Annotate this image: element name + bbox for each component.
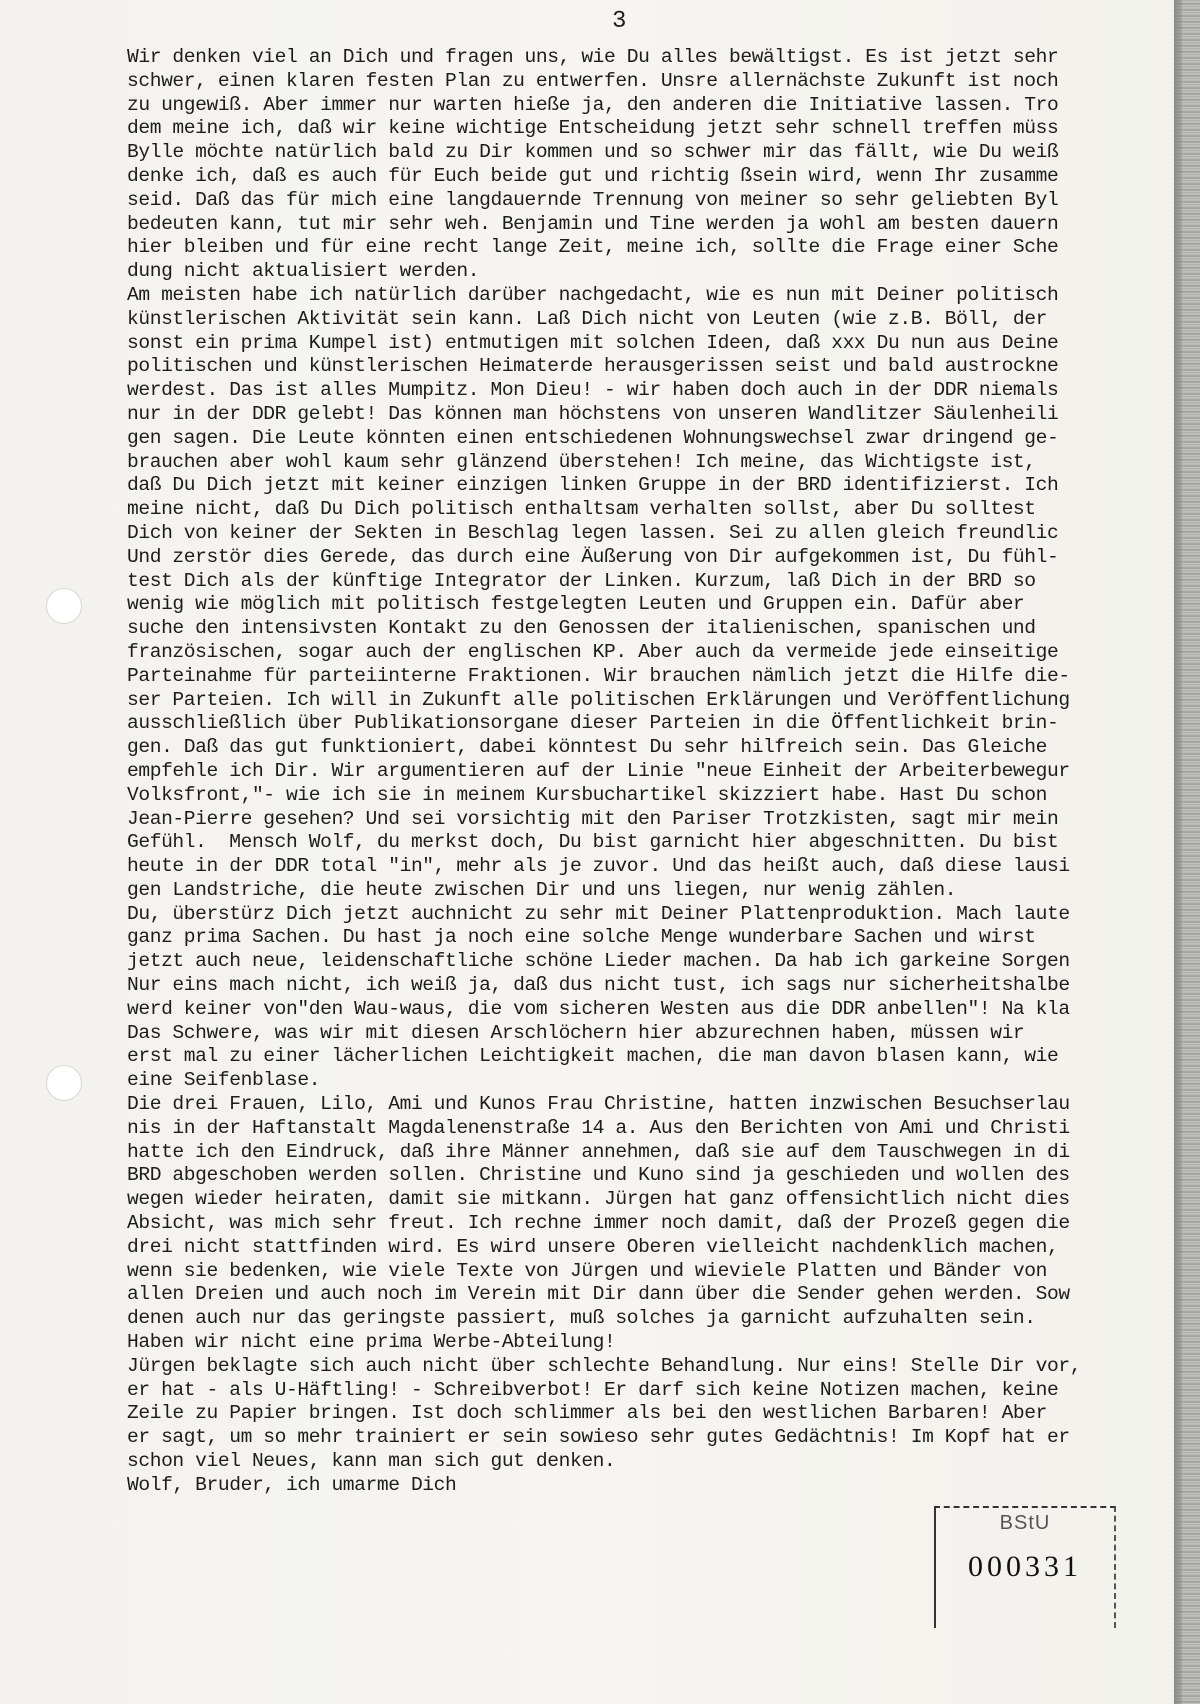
text-line: Jürgen beklagte sich auch nicht über sch… bbox=[127, 1355, 1157, 1379]
text-line: er sagt, um so mehr trainiert er sein so… bbox=[127, 1426, 1157, 1450]
text-line: Wolf, Bruder, ich umarme Dich bbox=[127, 1474, 1157, 1498]
text-line: allen Dreien und auch noch im Verein mit… bbox=[127, 1283, 1157, 1307]
punch-hole-icon bbox=[46, 588, 82, 624]
text-line: ausschließlich über Publikationsorgane d… bbox=[127, 712, 1157, 736]
text-line: zu ungewiß. Aber immer nur warten hieße … bbox=[127, 94, 1157, 118]
text-line: dem meine ich, daß wir keine wichtige En… bbox=[127, 117, 1157, 141]
text-line: nis in der Haftanstalt Magdalenenstraße … bbox=[127, 1117, 1157, 1141]
document-page: 3 Wir denken viel an Dich und fragen uns… bbox=[0, 0, 1200, 1704]
text-line: seid. Daß das für mich eine langdauernde… bbox=[127, 189, 1157, 213]
text-line: Am meisten habe ich natürlich darüber na… bbox=[127, 284, 1157, 308]
text-line: gen sagen. Die Leute könnten einen entsc… bbox=[127, 427, 1157, 451]
scan-edge-shadow bbox=[1174, 0, 1200, 1704]
text-line: ganz prima Sachen. Du hast ja noch eine … bbox=[127, 926, 1157, 950]
text-line: dung nicht aktualisiert werden. bbox=[127, 260, 1157, 284]
text-line: Nur eins mach nicht, ich weiß ja, daß du… bbox=[127, 974, 1157, 998]
text-line: Du, überstürz Dich jetzt auchnicht zu se… bbox=[127, 903, 1157, 927]
text-line: Zeile zu Papier bringen. Ist doch schlim… bbox=[127, 1402, 1157, 1426]
text-line: meine nicht, daß Du Dich politisch entha… bbox=[127, 498, 1157, 522]
text-line: hatte ich den Eindruck, daß ihre Männer … bbox=[127, 1141, 1157, 1165]
text-line: BRD abgeschoben werden sollen. Christine… bbox=[127, 1164, 1157, 1188]
text-line: jetzt auch neue, leidenschaftliche schön… bbox=[127, 950, 1157, 974]
text-line: Und zerstör dies Gerede, das durch eine … bbox=[127, 546, 1157, 570]
text-line: wegen wieder heiraten, damit sie mitkann… bbox=[127, 1188, 1157, 1212]
text-line: Volksfront,"- wie ich sie in meinem Kurs… bbox=[127, 784, 1157, 808]
text-line: empfehle ich Dir. Wir argumentieren auf … bbox=[127, 760, 1157, 784]
text-line: wenn sie bedenken, wie viele Texte von J… bbox=[127, 1260, 1157, 1284]
text-line: Jean-Pierre gesehen? Und sei vorsichtig … bbox=[127, 808, 1157, 832]
stamp-organization: BStU bbox=[936, 1512, 1114, 1535]
text-line: erst mal zu einer lächerlichen Leichtigk… bbox=[127, 1045, 1157, 1069]
text-line: Absicht, was mich sehr freut. Ich rechne… bbox=[127, 1212, 1157, 1236]
text-line: hier bleiben und für eine recht lange Ze… bbox=[127, 236, 1157, 260]
text-line: daß Du Dich jetzt mit keiner einzigen li… bbox=[127, 474, 1157, 498]
text-line: Das Schwere, was wir mit diesen Arschlöc… bbox=[127, 1022, 1157, 1046]
text-line: politischen und künstlerischen Heimaterd… bbox=[127, 355, 1157, 379]
text-line: Wir denken viel an Dich und fragen uns, … bbox=[127, 46, 1157, 70]
text-line: denke ich, daß es auch für Euch beide gu… bbox=[127, 165, 1157, 189]
text-line: heute in der DDR total "in", mehr als je… bbox=[127, 855, 1157, 879]
text-line: sonst ein prima Kumpel ist) entmutigen m… bbox=[127, 332, 1157, 356]
text-line: Bylle möchte natürlich bald zu Dir komme… bbox=[127, 141, 1157, 165]
page-number: 3 bbox=[612, 8, 626, 35]
text-line: test Dich als der künftige Integrator de… bbox=[127, 570, 1157, 594]
text-line: ser Parteien. Ich will in Zukunft alle p… bbox=[127, 689, 1157, 713]
stamp-number: 000331 bbox=[936, 1550, 1114, 1584]
text-line: wenig wie möglich mit politisch festgele… bbox=[127, 593, 1157, 617]
text-line: denen auch nur das geringste passiert, m… bbox=[127, 1307, 1157, 1331]
punch-hole-icon bbox=[46, 1065, 82, 1101]
text-line: drei nicht stattfinden wird. Es wird uns… bbox=[127, 1236, 1157, 1260]
text-line: gen Landstriche, die heute zwischen Dir … bbox=[127, 879, 1157, 903]
text-line: eine Seifenblase. bbox=[127, 1069, 1157, 1093]
text-line: Gefühl. Mensch Wolf, du merkst doch, Du … bbox=[127, 831, 1157, 855]
text-line: bedeuten kann, tut mir sehr weh. Benjami… bbox=[127, 213, 1157, 237]
text-line: Haben wir nicht eine prima Werbe-Abteilu… bbox=[127, 1331, 1157, 1355]
archive-stamp: BStU 000331 bbox=[934, 1506, 1116, 1628]
text-line: schwer, einen klaren festen Plan zu entw… bbox=[127, 70, 1157, 94]
text-line: nur in der DDR gelebt! Das können man hö… bbox=[127, 403, 1157, 427]
text-line: werd keiner von"den Wau-waus, die vom si… bbox=[127, 998, 1157, 1022]
text-line: Die drei Frauen, Lilo, Ami und Kunos Fra… bbox=[127, 1093, 1157, 1117]
text-line: schon viel Neues, kann man sich gut denk… bbox=[127, 1450, 1157, 1474]
letter-body: Wir denken viel an Dich und fragen uns, … bbox=[127, 46, 1157, 1498]
text-line: Dich von keiner der Sekten in Beschlag l… bbox=[127, 522, 1157, 546]
text-line: brauchen aber wohl kaum sehr glänzend üb… bbox=[127, 451, 1157, 475]
text-line: künstlerischen Aktivität sein kann. Laß … bbox=[127, 308, 1157, 332]
text-line: er hat - als U-Häftling! - Schreibverbot… bbox=[127, 1379, 1157, 1403]
text-line: werdest. Das ist alles Mumpitz. Mon Dieu… bbox=[127, 379, 1157, 403]
text-line: suche den intensivsten Kontakt zu den Ge… bbox=[127, 617, 1157, 641]
text-line: französischen, sogar auch der englischen… bbox=[127, 641, 1157, 665]
text-line: Parteinahme für parteiinterne Fraktionen… bbox=[127, 665, 1157, 689]
text-line: gen. Daß das gut funktioniert, dabei kön… bbox=[127, 736, 1157, 760]
